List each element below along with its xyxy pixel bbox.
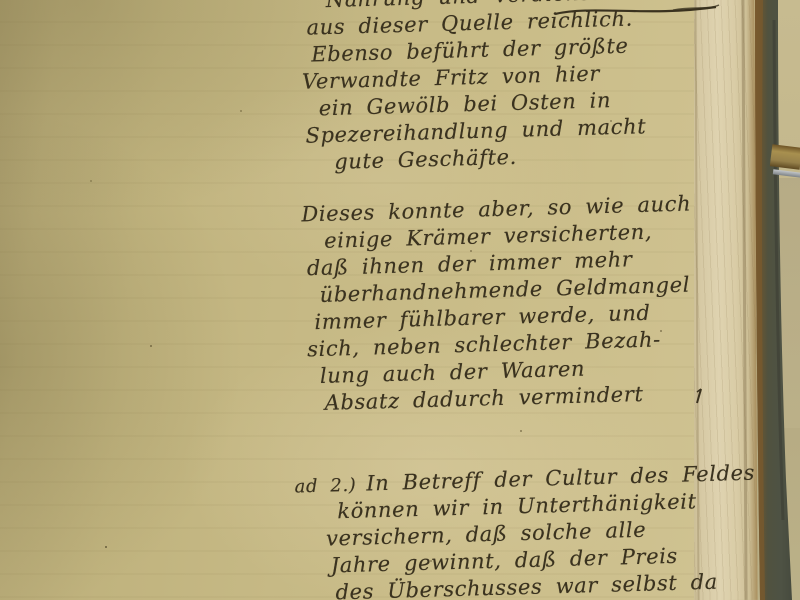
paragraph-middle: Dieses konnte aber, so wie auch einige K… bbox=[297, 191, 697, 418]
leather-strap bbox=[770, 144, 800, 169]
paragraph-top: Nahrung und Verdienst aus dieser Quelle … bbox=[299, 0, 647, 177]
book-cover-edge bbox=[750, 0, 800, 600]
paragraph-bottom: ad 2.)In Betreff der Cultur des Feldes k… bbox=[294, 460, 758, 600]
margin-note: ad 2.) bbox=[294, 475, 356, 498]
ink-mark bbox=[694, 388, 704, 406]
manuscript-photo: Nahrung und Verdienst aus dieser Quelle … bbox=[0, 0, 800, 600]
handwriting-layer: Nahrung und Verdienst aus dieser Quelle … bbox=[0, 0, 756, 600]
